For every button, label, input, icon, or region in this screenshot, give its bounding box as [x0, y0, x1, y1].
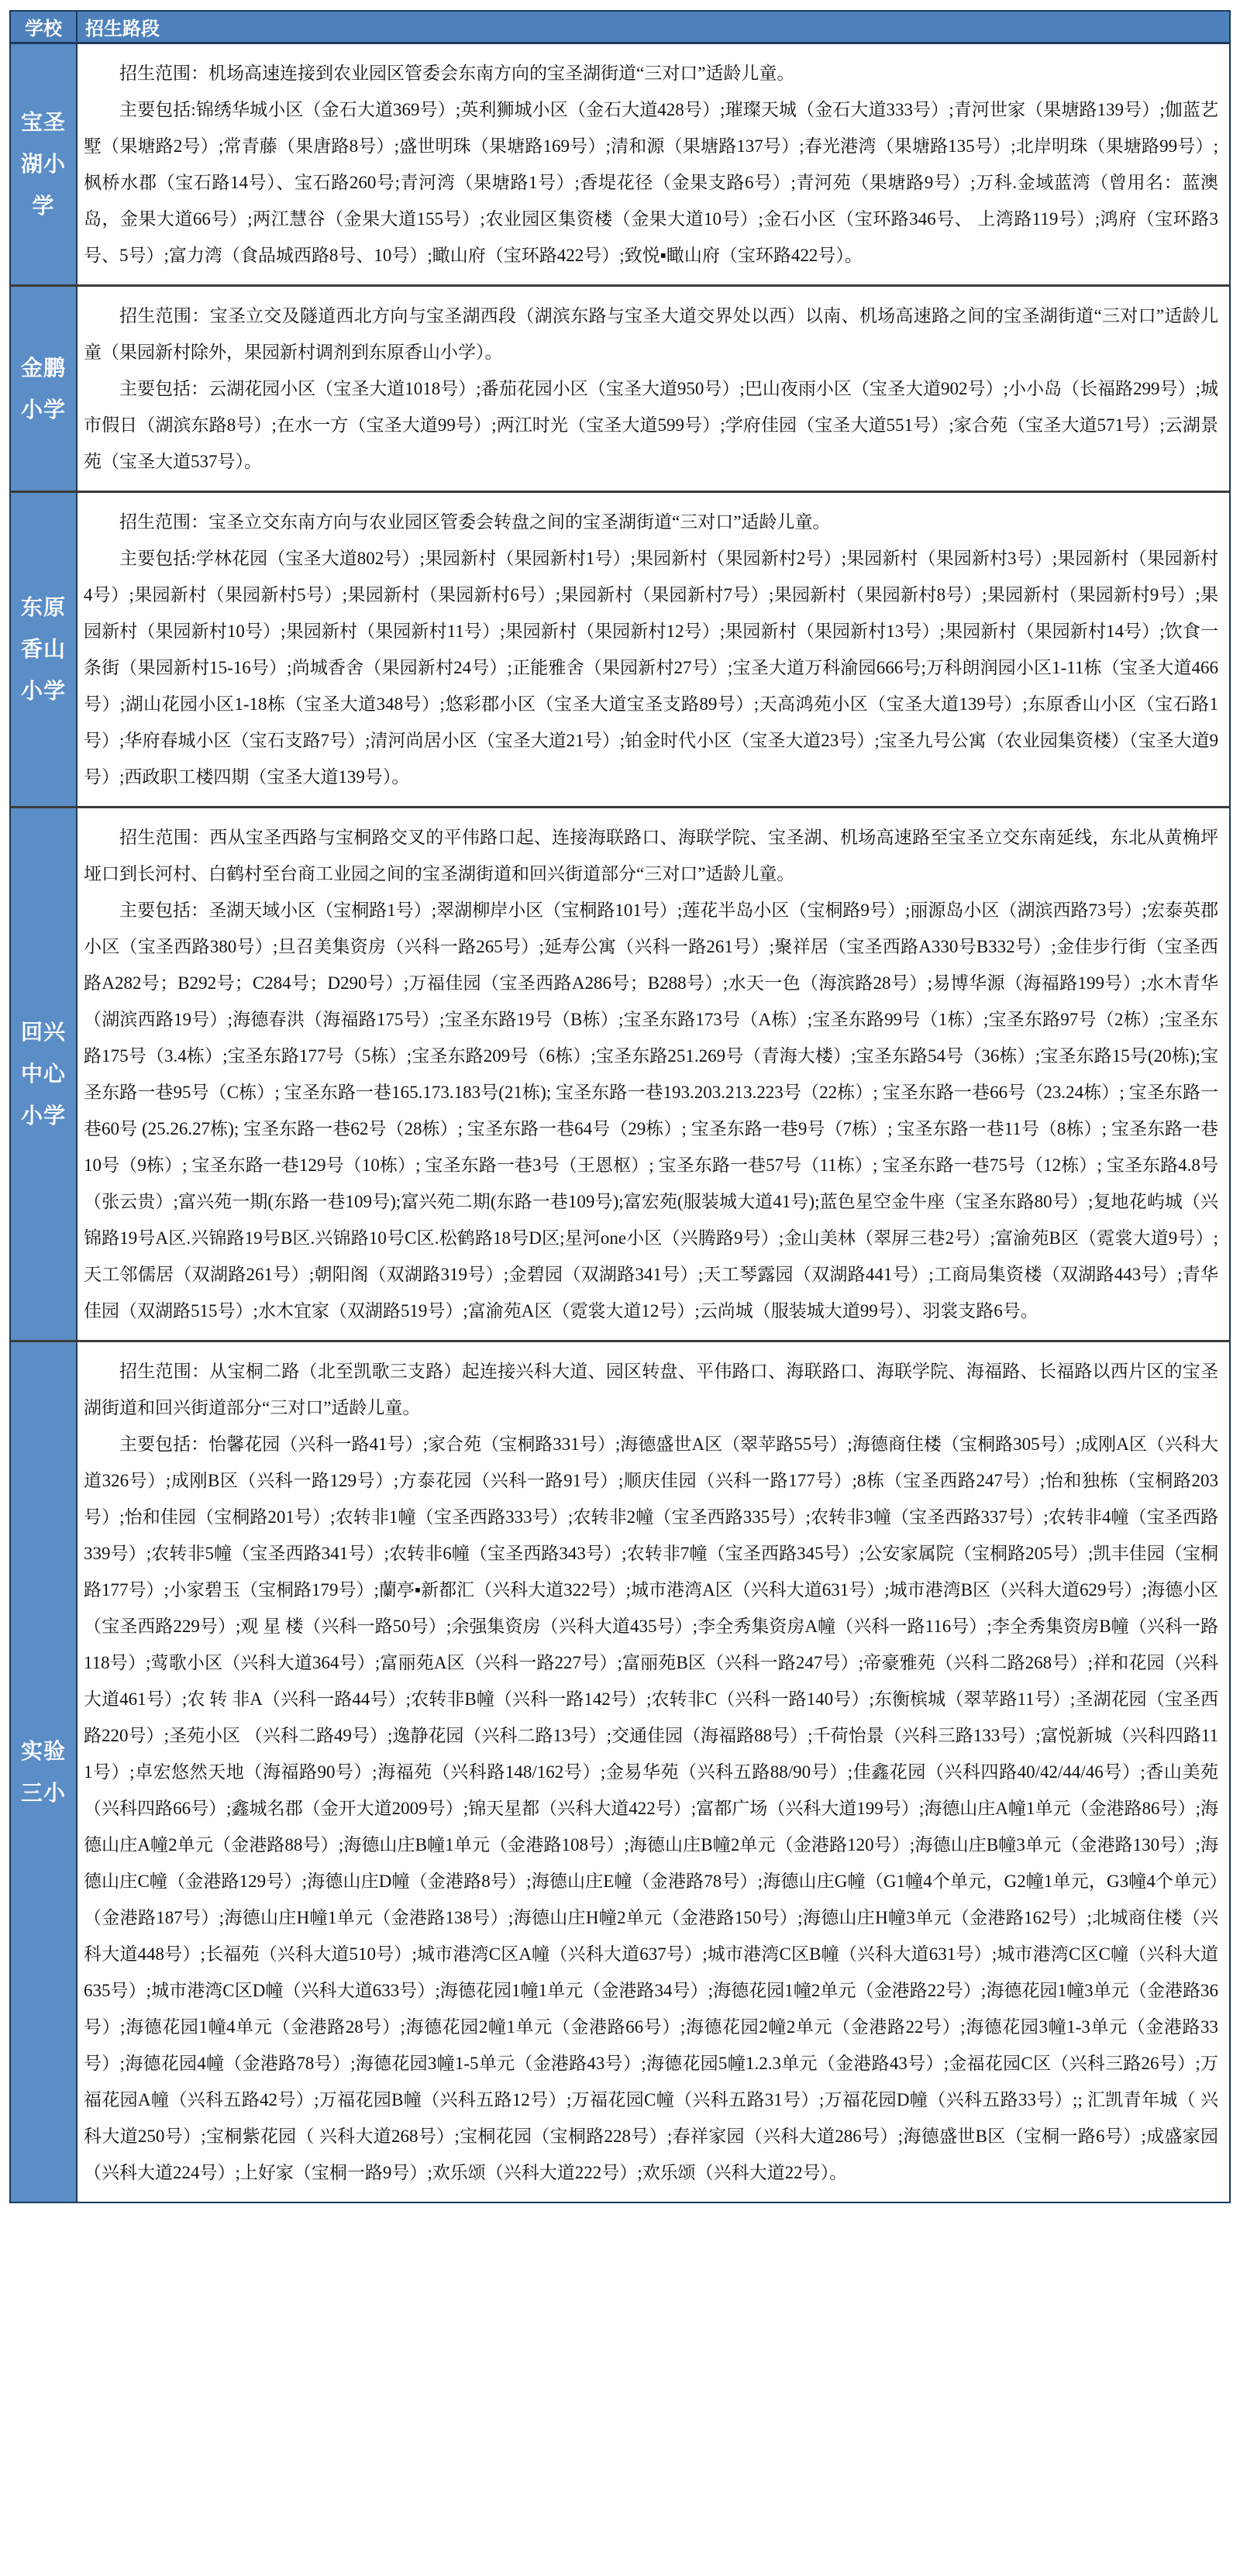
table-row: 实验三小 招生范围：从宝桐二路（北至凯歌三支路）起连接兴科大道、园区转盘、平伟路…	[10, 1341, 1230, 2203]
scope-paragraph: 招生范围：机场高速连接到农业园区管委会东南方向的宝圣湖街道“三对口”适龄儿童。	[84, 55, 1218, 91]
table-row: 回兴中心小学 招生范围：西从宝圣西路与宝桐路交叉的平伟路口起、连接海联路口、海联…	[10, 808, 1230, 1341]
table-header: 学校 招生路段	[10, 11, 1230, 43]
table-row: 东原香山小学 招生范围：宝圣立交东南方向与农业园区管委会转盘之间的宝圣湖街道“三…	[10, 492, 1230, 808]
school-name: 实验三小	[10, 1341, 77, 2203]
table-row: 宝圣湖小学 招生范围：机场高速连接到农业园区管委会东南方向的宝圣湖街道“三对口”…	[10, 43, 1230, 286]
page: 学校 招生路段 宝圣湖小学 招生范围：机场高速连接到农业园区管委会东南方向的宝圣…	[0, 0, 1240, 2203]
scope-paragraph: 招生范围：西从宝圣西路与宝桐路交叉的平伟路口起、连接海联路口、海联学院、宝圣湖、…	[84, 819, 1218, 892]
enrollment-detail: 招生范围：宝圣立交东南方向与农业园区管委会转盘之间的宝圣湖街道“三对口”适龄儿童…	[77, 492, 1230, 808]
enrollment-detail: 招生范围：西从宝圣西路与宝桐路交叉的平伟路口起、连接海联路口、海联学院、宝圣湖、…	[77, 808, 1230, 1341]
scope-paragraph: 招生范围：宝圣立交东南方向与农业园区管委会转盘之间的宝圣湖街道“三对口”适龄儿童…	[84, 504, 1218, 540]
header-range: 招生路段	[77, 11, 1230, 43]
header-row: 学校 招生路段	[10, 11, 1230, 43]
enrollment-detail: 招生范围：机场高速连接到农业园区管委会东南方向的宝圣湖街道“三对口”适龄儿童。 …	[77, 43, 1230, 286]
header-school: 学校	[10, 11, 77, 43]
includes-paragraph: 主要包括:锦绣华城小区（金石大道369号）;英利狮城小区（金石大道428号）;璀…	[84, 91, 1218, 274]
includes-paragraph: 主要包括：云湖花园小区（宝圣大道1018号）;番茄花园小区（宝圣大道950号）;…	[84, 370, 1218, 480]
scope-paragraph: 招生范围：从宝桐二路（北至凯歌三支路）起连接兴科大道、园区转盘、平伟路口、海联路…	[84, 1353, 1218, 1426]
school-name: 宝圣湖小学	[10, 43, 77, 286]
scope-paragraph: 招生范围：宝圣立交及隧道西北方向与宝圣湖西段（湖滨东路与宝圣大道交界处以西）以南…	[84, 298, 1218, 370]
enrollment-table: 学校 招生路段 宝圣湖小学 招生范围：机场高速连接到农业园区管委会东南方向的宝圣…	[9, 10, 1231, 2203]
school-name: 回兴中心小学	[10, 808, 77, 1341]
includes-paragraph: 主要包括：怡馨花园（兴科一路41号）;家合苑（宝桐路331号）;海德盛世A区（翠…	[84, 1426, 1218, 2191]
enrollment-detail: 招生范围：宝圣立交及隧道西北方向与宝圣湖西段（湖滨东路与宝圣大道交界处以西）以南…	[77, 286, 1230, 492]
enrollment-detail: 招生范围：从宝桐二路（北至凯歌三支路）起连接兴科大道、园区转盘、平伟路口、海联路…	[77, 1341, 1230, 2203]
includes-paragraph: 主要包括：圣湖天域小区（宝桐路1号）;翠湖柳岸小区（宝桐路101号）;莲花半岛小…	[84, 892, 1218, 1329]
school-name: 金鹏小学	[10, 286, 77, 492]
table-row: 金鹏小学 招生范围：宝圣立交及隧道西北方向与宝圣湖西段（湖滨东路与宝圣大道交界处…	[10, 286, 1230, 492]
school-name: 东原香山小学	[10, 492, 77, 808]
includes-paragraph: 主要包括:学林花园（宝圣大道802号）;果园新村（果园新村1号）;果园新村（果园…	[84, 540, 1218, 795]
